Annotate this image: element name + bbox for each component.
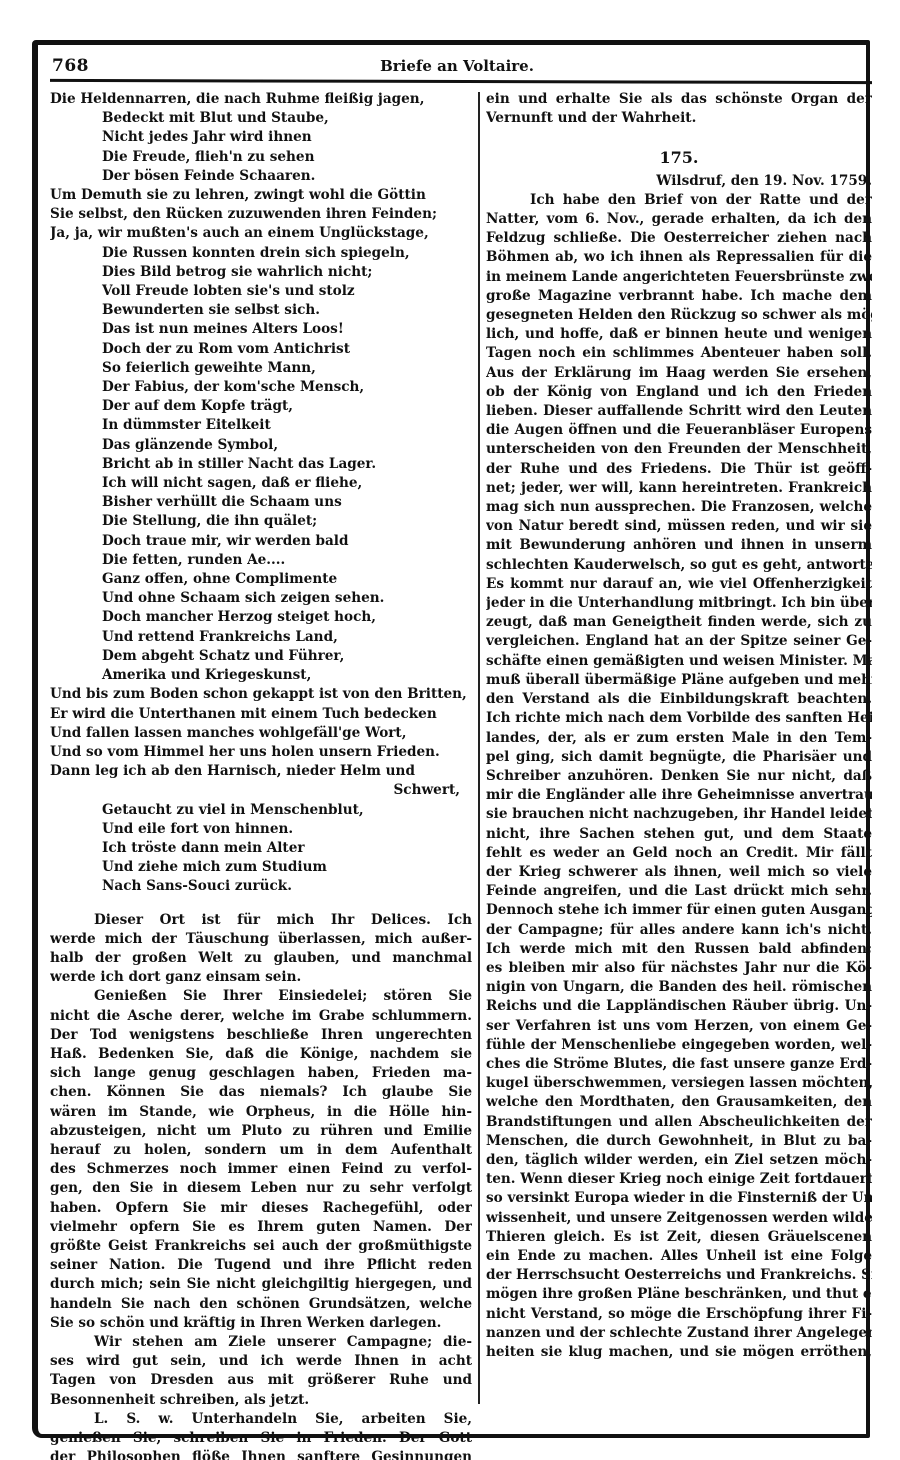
text-line: schäfte einen gemäßigten und weisen Mini… [486,652,872,671]
text-line: gen, den Sie in diesem Leben nur zu sehr… [50,1179,472,1198]
text-line: nicht die Asche derer, welche im Grabe s… [50,1007,472,1026]
column-divider [478,92,480,1404]
text-line: große Magazine verbrannt habe. Ich mache… [486,287,872,306]
text-line: welche den Mordthaten, den Grausamkeiten… [486,1093,872,1112]
verse-line: Um Demuth sie zu lehren, zwingt wohl die… [50,186,472,205]
text-line: wären im Stande, wie Orpheus, in die Höl… [50,1103,472,1122]
verse-line: Bricht ab in stiller Nacht das Lager. [50,455,472,474]
text-line: halb der großen Welt zu glauben, und man… [50,949,472,968]
text-line: so versinkt Europa wieder in die Finster… [486,1189,872,1208]
text-line: L. S. w. Unterhandeln Sie, arbeiten Sie, [50,1410,472,1429]
left-column: Die Heldennarren, die nach Ruhme fleißig… [50,90,472,1460]
text-line: Reichs und die Lappländischen Räuber übr… [486,997,872,1016]
text-line: schlechten Kauderwelsch, so gut es geht,… [486,556,872,575]
verse-line: Und rettend Frankreichs Land, [50,628,472,647]
text-line: Brandstiftungen und allen Abscheulichkei… [486,1113,872,1132]
text-line: ses wird gut sein, und ich werde Ihnen i… [50,1352,472,1371]
text-line: Thieren gleich. Es ist Zeit, diesen Gräu… [486,1228,872,1247]
verse-line: Und fallen lassen manches wohlgefäll'ge … [50,724,472,743]
verse-line: Der bösen Feinde Schaaren. [50,167,472,186]
paragraph: Wir stehen am Ziele unserer Campagne; di… [50,1333,472,1410]
verse-line: Und bis zum Boden schon gekappt ist von … [50,685,472,704]
text-line: werde ich dort ganz einsam sein. [50,968,472,987]
verse-line: Amerika und Kriegeskunst, [50,666,472,685]
spacer [486,128,872,138]
text-line: nanzen und der schlechte Zustand ihrer A… [486,1324,872,1343]
verse-line: Ja, ja, wir mußten's auch an einem Unglü… [50,224,472,243]
text-line: nigin von Ungarn, die Banden des heil. r… [486,978,872,997]
verse-line: Und eile fort von hinnen. [50,820,472,839]
text-line: Sie so schön und kräftig in Ihren Werken… [50,1314,472,1333]
text-line: Dennoch stehe ich immer für einen guten … [486,901,872,920]
text-line: den Verstand als die Einbildungskraft be… [486,690,872,709]
text-line: den, täglich wilder werden, ein Ziel set… [486,1151,872,1170]
verse-line: Doch der zu Rom vom Antichrist [50,340,472,359]
text-line: größte Geist Frankreichs sei auch der gr… [50,1237,472,1256]
text-line: Vernunft und der Wahrheit. [486,109,872,128]
text-line: durch mich; sein Sie nicht gleichgiltig … [50,1275,472,1294]
text-line: sich lange genug geschlagen haben, Fried… [50,1064,472,1083]
page-header: 768 Briefe an Voltaire. [52,56,862,82]
verse-line: Nicht jedes Jahr wird ihnen [50,128,472,147]
text-line: vergleichen. England hat an der Spitze s… [486,632,872,651]
verse-line: Die fetten, runden Ae.... [50,551,472,570]
verse-line: Ganz offen, ohne Complimente [50,570,472,589]
text-line: der Herrschsucht Oesterreichs und Frankr… [486,1266,872,1285]
right-column: ein und erhalte Sie als das schönste Org… [486,90,872,1362]
verse-line: Und ziehe mich zum Studium [50,858,472,877]
verse-line: Getaucht zu viel in Menschenblut, [50,801,472,820]
text-line: Dieser Ort ist für mich Ihr Delices. Ich [50,911,472,930]
verse-line: Ich will nicht sagen, daß er fliehe, [50,474,472,493]
verse-line: Der Fabius, der kom'sche Mensch, [50,378,472,397]
text-line: net; jeder, wer will, kann hereintreten.… [486,479,872,498]
text-line: der Philosophen flöße Ihnen sanftere Ges… [50,1448,472,1460]
text-line: muß überall übermäßige Pläne aufgeben un… [486,671,872,690]
text-line: Genießen Sie Ihrer Einsiedelei; stören S… [50,987,472,1006]
verse-line: Die Russen konnten drein sich spiegeln, [50,244,472,263]
text-line: zeugt, daß man Geneigtheit finden werde,… [486,613,872,632]
text-line: nicht, ihre Sachen stehen gut, und dem S… [486,825,872,844]
verse-line: Bedeckt mit Blut und Staube, [50,109,472,128]
text-line: Ich richte mich nach dem Vorbilde des sa… [486,709,872,728]
text-line: haben. Opfern Sie mir dieses Rachegefühl… [50,1199,472,1218]
verse-line: Bewunderten sie selbst sich. [50,301,472,320]
text-line: Feinde angreifen, und die Last drückt mi… [486,882,872,901]
verse-line: Schwert, [50,781,472,800]
text-line: Ich habe den Brief von der Ratte und der [486,191,872,210]
text-line: ten. Wenn dieser Krieg noch einige Zeit … [486,1170,872,1189]
text-line: von Natur beredt sind, müssen reden, und… [486,517,872,536]
verse-line: Doch traue mir, wir werden bald [50,532,472,551]
text-line: Ich werde mich mit den Russen bald abfin… [486,940,872,959]
verse-line: Dem abgeht Schatz und Führer, [50,647,472,666]
text-line: vielmehr opfern Sie es Ihrem guten Namen… [50,1218,472,1237]
text-line: mit Bewunderung anhören und ihnen in uns… [486,536,872,555]
text-line: der Krieg schwerer als ihnen, weil mich … [486,863,872,882]
verse-line: Das ist nun meines Alters Loos! [50,320,472,339]
verse-line: Doch mancher Herzog steiget hoch, [50,608,472,627]
text-line: Tagen von Dresden aus mit größerer Ruhe … [50,1371,472,1390]
continuation-paragraph: ein und erhalte Sie als das schönste Org… [486,90,872,128]
verse-line: Voll Freude lobten sie's und stolz [50,282,472,301]
text-line: gesegneten Helden den Rückzug so schwer … [486,306,872,325]
text-line: Haß. Bedenken Sie, daß die Könige, nachd… [50,1045,472,1064]
letter-body: Ich habe den Brief von der Ratte und der… [486,191,872,1362]
text-line: ches die Ströme Blutes, die fast unsere … [486,1055,872,1074]
text-line: Wir stehen am Ziele unserer Campagne; di… [50,1333,472,1352]
text-line: des Schmerzes noch immer einen Feind zu … [50,1160,472,1179]
text-line: Der Tod wenigstens beschließe Ihren unge… [50,1026,472,1045]
verse-line: Bisher verhüllt die Schaam uns [50,493,472,512]
text-line: der Ruhe und des Friedens. Die Thür ist … [486,460,872,479]
paragraph: L. S. w. Unterhandeln Sie, arbeiten Sie,… [50,1410,472,1460]
text-line: jeder in die Unterhandlung mitbringt. Ic… [486,594,872,613]
verse-line: Die Freude, flieh'n zu sehen [50,148,472,167]
text-line: seiner Nation. Die Tugend und ihre Pflic… [50,1256,472,1275]
text-line: ein Ende zu machen. Alles Unheil ist ein… [486,1247,872,1266]
text-line: wissenheit, und unsere Zeitgenossen werd… [486,1209,872,1228]
verse-line: Dies Bild betrog sie wahrlich nicht; [50,263,472,282]
text-line: nicht Verstand, so möge die Erschöpfung … [486,1305,872,1324]
spacer [50,897,472,911]
running-title: Briefe an Voltaire. [52,57,862,75]
text-line: landes, der, als er zum ersten Male in d… [486,729,872,748]
letter-number: 175. [486,148,872,167]
text-line: die Augen öffnen und die Feueranbläser E… [486,421,872,440]
text-line: Besonnenheit schreiben, als jetzt. [50,1391,472,1410]
verse-line: Sie selbst, den Rücken zuzuwenden ihren … [50,205,472,224]
verse-line: Die Heldennarren, die nach Ruhme fleißig… [50,90,472,109]
text-line: mag sich nun aussprechen. Die Franzosen,… [486,498,872,517]
text-line: in meinem Lande angerichteten Feuersbrün… [486,268,872,287]
text-line: der Campagne; für alles andere kann ich'… [486,921,872,940]
paragraph: Dieser Ort ist für mich Ihr Delices. Ich… [50,911,472,988]
verse-line: Und so vom Himmel her uns holen unsern F… [50,743,472,762]
text-line: handeln Sie nach den schönen Grundsätzen… [50,1295,472,1314]
dateline: Wilsdruf, den 19. Nov. 1759. [486,172,872,191]
verse-line: So feierlich geweihte Mann, [50,359,472,378]
text-line: heiten sie klug machen, und sie mögen er… [486,1343,872,1362]
text-line: fehlt es weder an Geld noch an Credit. M… [486,844,872,863]
verse-line: Nach Sans-Souci zurück. [50,877,472,896]
text-line: genießen Sie, schreiben Sie in Frieden. … [50,1429,472,1448]
paragraph: Genießen Sie Ihrer Einsiedelei; stören S… [50,987,472,1333]
text-line: kugel überschwemmen, versiegen lassen mö… [486,1074,872,1093]
text-line: unterscheiden von den Freunden der Mensc… [486,440,872,459]
text-line: mögen ihre großen Pläne beschränken, und… [486,1285,872,1304]
text-line: Böhmen ab, wo ich ihnen als Repressalien… [486,248,872,267]
text-line: werde mich der Täuschung überlassen, mic… [50,930,472,949]
verse-line: Der auf dem Kopfe trägt, [50,397,472,416]
text-line: ob der König von England und ich den Fri… [486,383,872,402]
text-line: Menschen, die durch Gewohnheit, in Blut … [486,1132,872,1151]
verse-line: Dann leg ich ab den Harnisch, nieder Hel… [50,762,472,781]
text-line: Es kommt nur darauf an, wie viel Offenhe… [486,575,872,594]
verse-line: Die Stellung, die ihn quälet; [50,512,472,531]
verse-line: Das glänzende Symbol, [50,436,472,455]
verse-line: Und ohne Schaam sich zeigen sehen. [50,589,472,608]
text-line: abzusteigen, nicht um Pluto zu rühren un… [50,1122,472,1141]
text-line: fühle der Menschenliebe eingegeben worde… [486,1036,872,1055]
text-line: herauf zu holen, sondern um in dem Aufen… [50,1141,472,1160]
text-line: Aus der Erklärung im Haag werden Sie ers… [486,364,872,383]
text-line: Feldzug schließe. Die Oesterreicher zieh… [486,229,872,248]
text-line: es bleiben mir also für nächstes Jahr nu… [486,959,872,978]
text-line: Natter, vom 6. Nov., gerade erhalten, da… [486,210,872,229]
text-line: Tagen noch ein schlimmes Abenteuer haben… [486,344,872,363]
text-line: mir die Engländer alle ihre Geheimnisse … [486,786,872,805]
verse-line: Er wird die Unterthanen mit einem Tuch b… [50,705,472,724]
poem: Die Heldennarren, die nach Ruhme fleißig… [50,90,472,897]
text-line: pel ging, sich damit begnügte, die Phari… [486,748,872,767]
text-line: Schreiber anzuhören. Denken Sie nur nich… [486,767,872,786]
text-line: lieben. Dieser auffallende Schritt wird … [486,402,872,421]
text-line: ser Verfahren ist uns vom Herzen, von ei… [486,1017,872,1036]
verse-line: In dümmster Eitelkeit [50,416,472,435]
text-line: ein und erhalte Sie als das schönste Org… [486,90,872,109]
verse-line: Ich tröste dann mein Alter [50,839,472,858]
text-line: sie brauchen nicht nachzugeben, ihr Hand… [486,805,872,824]
text-line: chen. Können Sie das niemals? Ich glaube… [50,1083,472,1102]
text-line: lich, und hoffe, daß er binnen heute und… [486,325,872,344]
